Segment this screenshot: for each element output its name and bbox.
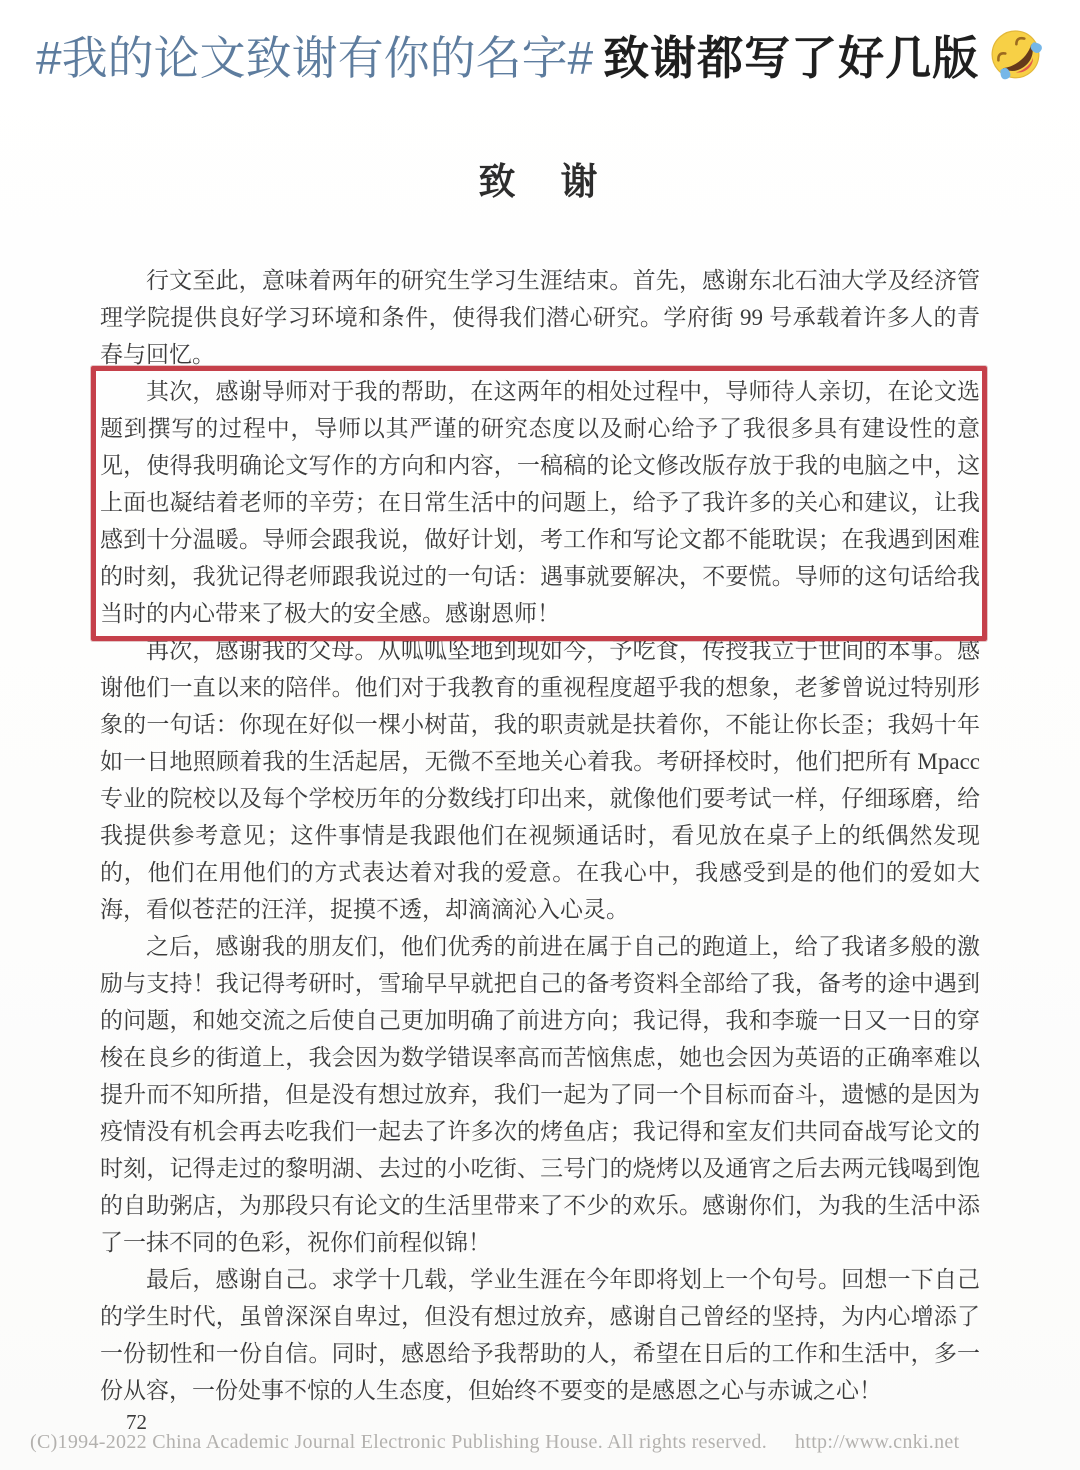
copyright-text: (C)1994-2022 China Academic Journal Elec… — [30, 1431, 767, 1453]
acknowledgments-title: 致 谢 — [0, 151, 1080, 205]
topic-hashtag-link[interactable]: #我的论文致谢有你的名字# — [36, 29, 593, 87]
highlighted-section: 其次，感谢导师对于我的帮助，在这两年的相处过程中，导师待人亲切，在论文选题到撰写… — [100, 373, 980, 632]
paragraph-university-thanks: 行文至此，意味着两年的研究生学习生涯结束。首先，感谢东北石油大学及经济管理学院提… — [100, 262, 980, 373]
paragraph-parents-thanks: 再次，感谢我的父母。从呱呱坠地到现如今，予吃食，传授我立于世间的本事。感谢他们一… — [100, 632, 980, 928]
paragraph-self-thanks: 最后，感谢自己。求学十几载，学业生涯在今年即将划上一个句号。回想一下自己的学生时… — [100, 1261, 980, 1409]
paragraph-friends-thanks: 之后，感谢我的朋友们，他们优秀的前进在属于自己的跑道上，给了我诸多般的激励与支持… — [100, 928, 980, 1261]
post-caption-text: 致谢都写了好几版 — [603, 29, 979, 87]
screenshot-root: #我的论文致谢有你的名字# 致谢都写了好几版 致 谢 行文至此，意味着两年的研究 — [0, 0, 1080, 1470]
tears-of-joy-emoji-icon — [987, 26, 1045, 97]
paragraph-advisor-thanks: 其次，感谢导师对于我的帮助，在这两年的相处过程中，导师待人亲切，在论文选题到撰写… — [100, 373, 980, 632]
cnki-url-text: http://www.cnki.net — [795, 1431, 959, 1453]
thesis-scan-page: 致 谢 行文至此，意味着两年的研究生学习生涯结束。首先，感谢东北石油大学及经济管… — [0, 151, 1080, 1435]
cnki-footer: (C)1994-2022 China Academic Journal Elec… — [30, 1431, 959, 1454]
acknowledgments-body: 行文至此，意味着两年的研究生学习生涯结束。首先，感谢东北石油大学及经济管理学院提… — [0, 262, 1080, 1409]
post-header: #我的论文致谢有你的名字# 致谢都写了好几版 — [0, 0, 1080, 93]
